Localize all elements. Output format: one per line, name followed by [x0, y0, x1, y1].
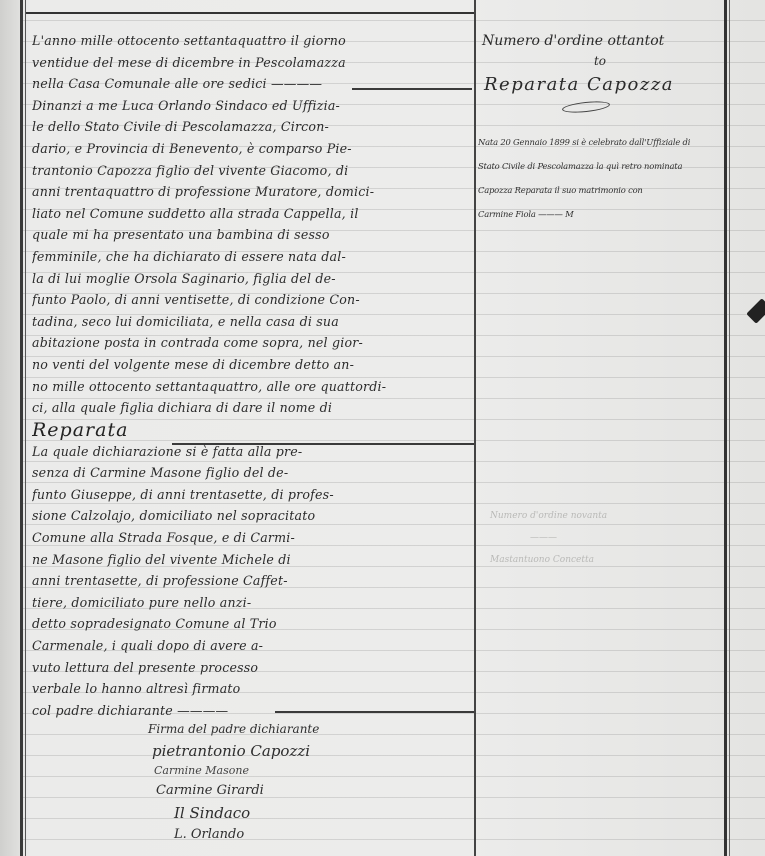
bleed-line: Numero d'ordine novanta [490, 505, 710, 527]
bleed-line: ——— [490, 527, 710, 549]
annotation-line: Stato Civile di Pescolamazza la quì retr… [478, 154, 722, 178]
right-border-rule-inner [729, 0, 730, 856]
act-line: nella Casa Comunale alle ore sedici ———— [32, 73, 472, 95]
act-line: la di lui moglie Orsola Saginario, figli… [32, 268, 472, 290]
act-line: dario, e Provincia di Benevento, è compa… [32, 138, 472, 160]
top-rule [26, 12, 474, 14]
act-line: sione Calzolajo, domiciliato nel sopraci… [32, 505, 472, 527]
act-line: liato nel Comune suddetto alla strada Ca… [32, 203, 472, 225]
witness-signature: Carmine Masone [130, 762, 470, 780]
right-border-rule [724, 0, 727, 856]
margin-header: Numero d'ordine ottantot to Reparata Cap… [482, 30, 718, 112]
order-number-continuation: to [482, 52, 718, 70]
column-divider-rule [474, 0, 476, 856]
margin-child-name: Reparata Capozza [482, 70, 718, 100]
act-line: ventidue del mese di dicembre in Pescola… [32, 52, 472, 74]
act-line: ne Masone figlio del vivente Michele di [32, 549, 472, 571]
signature-block: Firma del padre dichiarante pietrantonio… [130, 718, 470, 846]
witness-signature: Carmine Girardi [130, 780, 470, 802]
act-line: anni trentasette, di professione Caffet- [32, 570, 472, 592]
bleed-through-text: Numero d'ordine novanta ——— Mastantuono … [490, 505, 710, 571]
act-line: le dello Stato Civile di Pescolamazza, C… [32, 116, 472, 138]
act-line: Comune alla Strada Fosque, e di Carmi- [32, 527, 472, 549]
act-line: anni trentaquattro di professione Murato… [32, 181, 472, 203]
marriage-annotation: Nata 20 Gennaio 1899 si è celebrato dall… [478, 130, 722, 226]
mayor-signature: L. Orlando [130, 824, 470, 846]
bleed-line: Mastantuono Concetta [490, 549, 710, 571]
act-line: La quale dichiarazione si è fatta alla p… [32, 441, 472, 463]
act-line: no mille ottocento settantaquattro, alle… [32, 376, 472, 398]
act-line: detto sopradesignato Comune al Trio [32, 613, 472, 635]
annotation-line: Carmine Fiola ——— M [478, 202, 722, 226]
order-number-label: Numero d'ordine ottantot [482, 30, 718, 52]
annotation-line: Nata 20 Gennaio 1899 si è celebrato dall… [478, 130, 722, 154]
father-signature: pietrantonio Capozzi [130, 740, 470, 762]
act-line: ci, alla quale figlia dichiara di dare i… [32, 397, 472, 419]
birth-act-body: L'anno mille ottocento settantaquattro i… [32, 30, 472, 721]
left-border-rule [20, 0, 23, 856]
act-line: Dinanzi a me Luca Orlando Sindaco ed Uff… [32, 95, 472, 117]
act-line: tiere, domiciliato pure nello anzi- [32, 592, 472, 614]
act-line: no venti del volgente mese di dicembre d… [32, 354, 472, 376]
annotation-line: Capozza Reparata il suo matrimonio con [478, 178, 722, 202]
mayor-title: Il Sindaco [130, 802, 470, 824]
child-given-name: Reparata [32, 419, 472, 441]
act-line: femminile, che ha dichiarato di essere n… [32, 246, 472, 268]
binding-strip [0, 0, 22, 856]
act-line: Carmenale, i quali dopo di avere a- [32, 635, 472, 657]
act-line: verbale lo hanno altresì firmato [32, 678, 472, 700]
act-line: vuto lettura del presente processo [32, 657, 472, 679]
act-line: funto Giuseppe, di anni trentasette, di … [32, 484, 472, 506]
act-line: L'anno mille ottocento settantaquattro i… [32, 30, 472, 52]
act-line: abitazione posta in contrada come sopra,… [32, 332, 472, 354]
act-line: quale mi ha presentato una bambina di se… [32, 224, 472, 246]
act-line: senza di Carmine Masone figlio del de- [32, 462, 472, 484]
act-line: tadina, seco lui domiciliata, e nella ca… [32, 311, 472, 333]
left-border-rule-inner [25, 0, 26, 856]
act-line: funto Paolo, di anni ventisette, di cond… [32, 289, 472, 311]
act-line: trantonio Capozza figlio del vivente Gia… [32, 160, 472, 182]
signature-heading: Firma del padre dichiarante [130, 718, 470, 740]
